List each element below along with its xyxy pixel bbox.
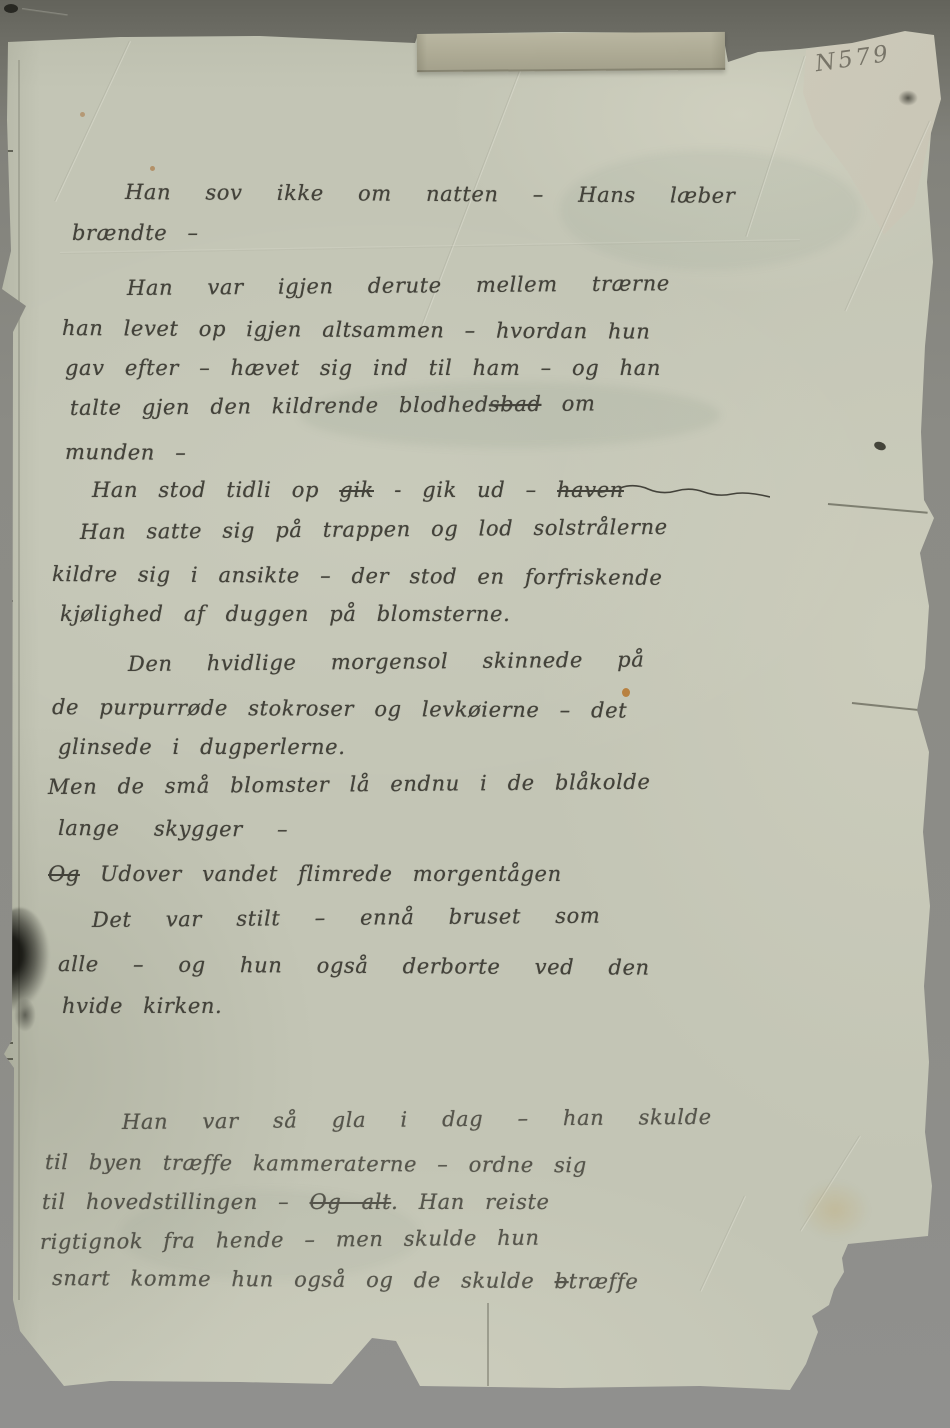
struck-word: sbad [489,392,542,416]
manuscript-line-9: Han satte sig på trappen og lod solstrål… [80,515,668,544]
manuscript-line-25: snart komme hun også og de skulde btræff… [52,1266,639,1294]
manuscript-line-23: til hovedstillingen – Og alt. Han reiste [42,1190,550,1214]
manuscript-line-5: gav efter – hævet sig ind til ham – og h… [65,356,661,380]
handwritten-text: om [541,391,595,415]
manuscript-line-1: Han sov ikke om natten – Hans læber [125,180,736,208]
struck-word: gik [339,478,374,502]
handwritten-text: gav efter – hævet sig ind til ham – og h… [65,356,661,380]
manuscript-line-2: brændte – [72,221,199,245]
manuscript-line-20: hvide kirken. [62,994,222,1018]
dark-speck [4,4,18,13]
manuscript-line-19: alle – og hun også derborte ved den [58,952,650,980]
handwritten-text: munden – [65,440,186,465]
manuscript-line-3: Han var igjen derute mellem trærne [127,271,670,300]
handwritten-text: han levet op igjen altsammen – hvordan h… [62,316,651,344]
handwritten-text: Han satte sig på trappen og lod solstrål… [80,515,668,544]
manuscript-line-24: rigtignok fra hende – men skulde hun [40,1226,540,1254]
handwritten-text: alle – og hun også derborte ved den [58,952,650,980]
handwriting-layer: Han sov ikke om natten – Hans læberbrænd… [0,0,950,1428]
handwritten-text: Han var igjen derute mellem trærne [127,271,670,300]
handwritten-text: Han sov ikke om natten – Hans læber [125,180,736,208]
manuscript-line-16: lange skygger – [58,816,288,841]
handwritten-text: talte gjen den kildrende blodhed [70,392,489,420]
handwritten-text: til byen træffe kammeraterne – ordne sig [45,1150,587,1177]
handwritten-text: hvide kirken. [62,994,222,1018]
handwritten-text: kildre sig i ansikte – der stod en forfr… [52,562,663,590]
manuscript-line-11: kjølighed af duggen på blomsterne. [60,602,510,626]
manuscript-page: N579 Han sov ikke om natten – Hans læber… [0,0,950,1428]
handwritten-text: snart komme hun også og de skulde [52,1266,555,1293]
handwritten-text: Det var stilt – ennå bruset som [92,904,601,932]
handwritten-text: Han stod tidli op [92,478,339,502]
manuscript-line-22: til byen træffe kammeraterne – ordne sig [45,1150,587,1177]
handwritten-text: lange skygger – [58,816,288,841]
handwritten-text: . Han reiste [391,1190,549,1214]
handwritten-text: rigtignok fra hende – men skulde hun [40,1226,540,1254]
manuscript-line-10: kildre sig i ansikte – der stod en forfr… [52,562,663,590]
manuscript-line-6: talte gjen den kildrende blodhedsbad om [70,391,596,420]
scratch [22,8,68,16]
handwritten-text: Men de små blomster lå endnu i de blåkol… [48,770,651,799]
manuscript-line-12: Den hvidlige morgensol skinnede på [128,647,645,676]
manuscript-line-14: glinsede i dugperlerne. [58,735,345,759]
struck-word: Og [48,862,80,886]
handwritten-text: træffe [569,1269,639,1293]
handwritten-text: Han var så gla i dag – han skulde [122,1105,712,1134]
manuscript-line-8: Han stod tidli op gik - gik ud – haven [92,478,770,502]
stitch-mark [2,600,13,602]
manuscript-line-13: de purpurrøde stokroser og levkøierne – … [52,695,627,723]
manuscript-line-17: Og Udover vandet flimrede morgentågen [48,862,562,886]
manuscript-line-18: Det var stilt – ennå bruset som [92,904,601,932]
struck-word: Og alt [310,1190,392,1214]
handwritten-text: Udover vandet flimrede morgentågen [80,862,562,886]
handwritten-text: glinsede i dugperlerne. [58,735,345,759]
struck-word: haven [557,478,624,502]
struck-word: b [554,1269,568,1293]
manuscript-line-21: Han var så gla i dag – han skulde [122,1105,712,1134]
scan-background: N579 Han sov ikke om natten – Hans læber… [0,0,950,1428]
manuscript-line-15: Men de små blomster lå endnu i de blåkol… [48,770,651,799]
strike-squiggle [620,483,770,501]
handwritten-text: - gik ud – [374,478,557,502]
handwritten-text: de purpurrøde stokroser og levkøierne – … [52,695,627,723]
handwritten-text: brændte – [72,221,199,245]
manuscript-line-7: munden – [65,440,186,465]
handwritten-text: kjølighed af duggen på blomsterne. [60,602,510,626]
manuscript-line-4: han levet op igjen altsammen – hvordan h… [62,316,651,344]
tape-strip [417,32,725,72]
handwritten-text: Den hvidlige morgensol skinnede på [128,647,645,676]
handwritten-text: til hovedstillingen – [42,1190,310,1214]
